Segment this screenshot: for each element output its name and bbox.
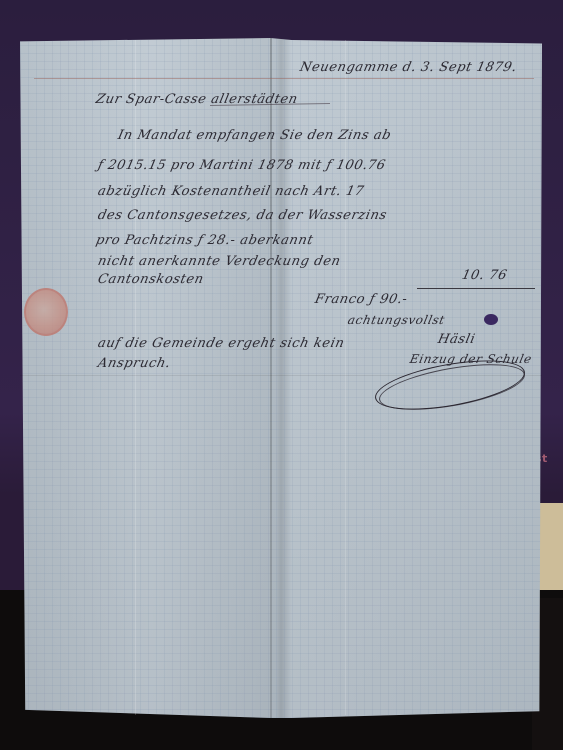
body-line-6: nicht anerkannte Verdeckung den [96, 254, 342, 269]
body-line-5: pro Pachtzins ƒ 28.- aberkannt [94, 233, 314, 248]
note-line-2: Anspruch. [96, 356, 172, 371]
header-rule-line [34, 78, 534, 79]
body-line-4: des Cantonsgesetzes, da der Wasserzins [96, 208, 388, 223]
body-line-3: abzüglich Kostenantheil nach Art. 17 [96, 184, 365, 199]
signature-name: Häsli [436, 332, 476, 347]
closing-phrase: achtungsvollst [347, 313, 447, 327]
wax-seal-icon [24, 288, 68, 336]
body-line-2: ƒ 2015.15 pro Martini 1878 mit ƒ 100.76 [96, 158, 387, 173]
ink-blot [484, 314, 498, 325]
body-line-7: Cantonskosten [96, 272, 205, 287]
place-date: Neuengamme d. 3. Sept 1879. [298, 60, 518, 75]
deduction-amount: 10. 76 [460, 268, 508, 283]
amount-sum-line [417, 288, 535, 289]
body-line-1: In Mandat empfangen Sie den Zins ab [116, 128, 392, 143]
note-line-1: auf die Gemeinde ergeht sich kein [96, 336, 346, 351]
total-amount: Franco ƒ 90.- [313, 292, 409, 307]
